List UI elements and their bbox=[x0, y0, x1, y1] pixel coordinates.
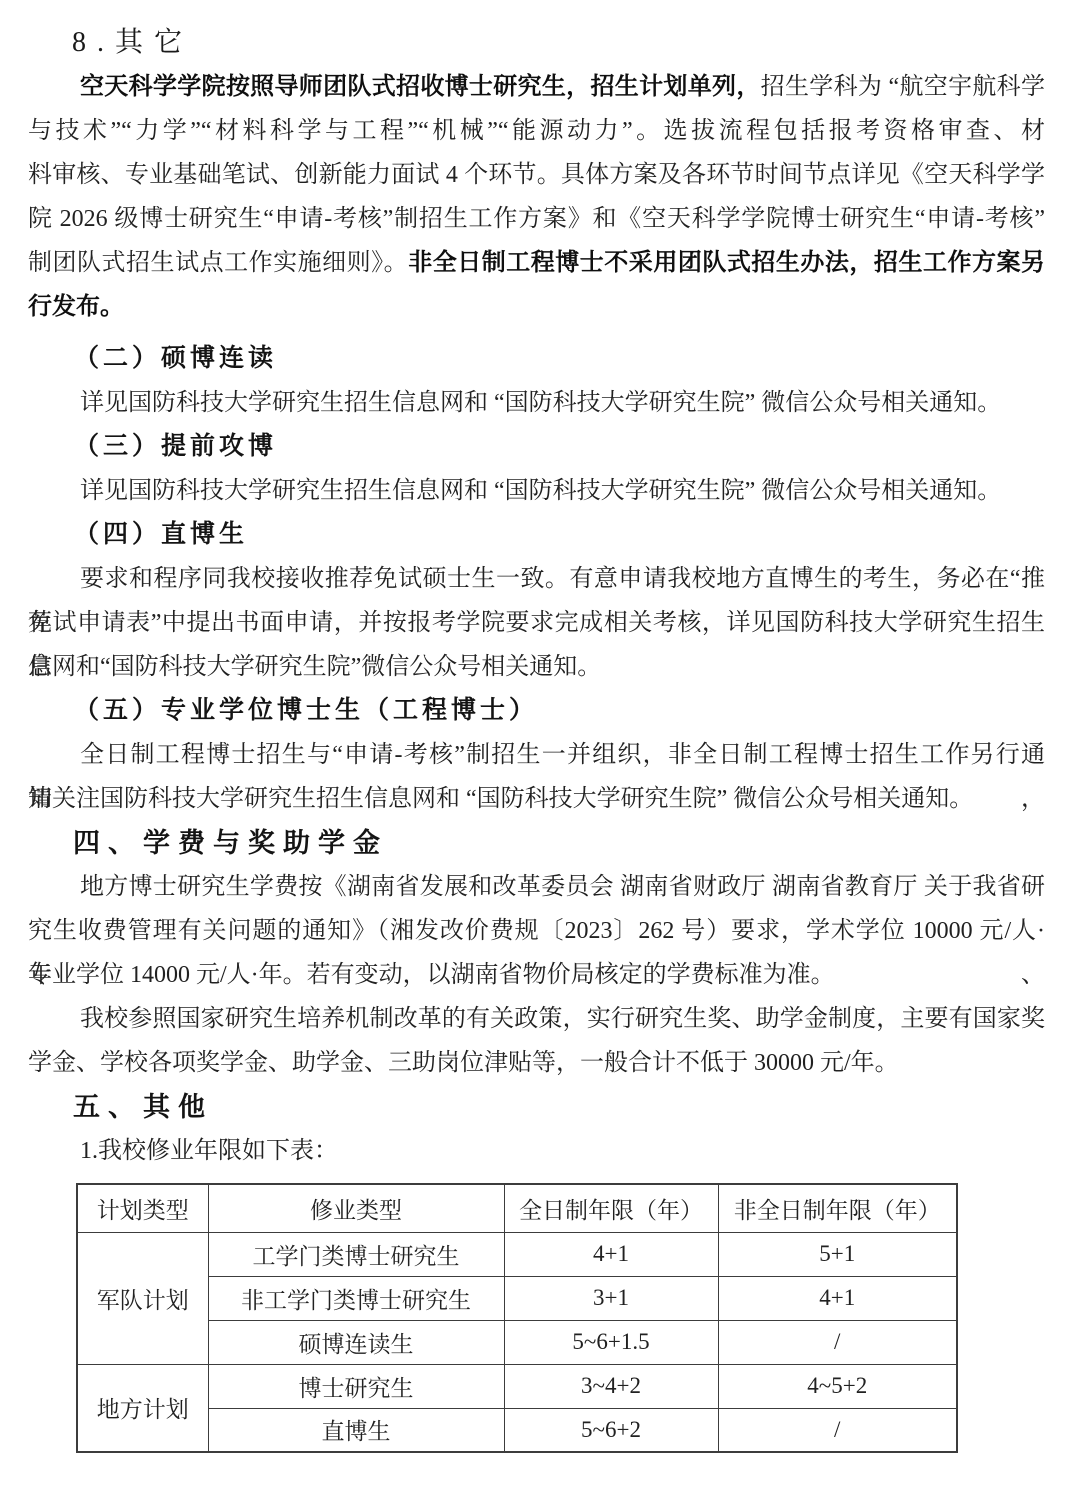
table-cell: 博士研究生 bbox=[208, 1364, 504, 1408]
table-cell: 非工学门类博士研究生 bbox=[208, 1276, 504, 1320]
para-direct-phd-line-2: 免试申请表”中提出书面申请，并按报考学院要求完成相关考核，详见国防科技大学研究生… bbox=[28, 601, 1045, 645]
text-segment-bold: 空天科学学院按照导师团队式招收博士研究生，招生计划单列， bbox=[80, 74, 761, 100]
table-row: 地方计划 博士研究生 3~4+2 4~5+2 bbox=[77, 1364, 957, 1408]
para-aerospace-line-2: 与技术”“力学”“材料科学与工程”“机械”“能源动力”。选拔流程包括报考资格审查… bbox=[28, 109, 1045, 153]
subheading-master-phd: （二）硕博连读 bbox=[28, 337, 1045, 381]
para-direct-phd-line-1: 要求和程序同我校接收推荐免试硕士生一致。有意申请我校地方直博生的考生，务必在“推… bbox=[28, 557, 1045, 601]
para-aerospace-line-4: 院 2026 级博士研究生“申请-考核”制招生工作方案》和《空天科学学院博士研究… bbox=[28, 197, 1045, 241]
heading-text: （二）硕博连读 bbox=[74, 345, 277, 372]
heading-text: 五、其他 bbox=[73, 1092, 213, 1122]
document-page: 8.其它 空天科学学院按照导师团队式招收博士研究生，招生计划单列，招生学科为 “… bbox=[0, 0, 1080, 1499]
para-direct-phd-line-3: 息网和“国防科技大学研究生院”微信公众号相关通知。 bbox=[28, 645, 1045, 689]
subheading-early-phd: （三）提前攻博 bbox=[28, 425, 1045, 469]
table-cell: 5~6+1.5 bbox=[504, 1320, 718, 1364]
para-engineering-phd-line-1: 全日制工程博士招生与“申请-考核”制招生一并组织，非全日制工程博士招生工作另行通… bbox=[28, 733, 1045, 777]
para-engineering-phd-line-2: 请关注国防科技大学研究生招生信息网和 “国防科技大学研究生院” 微信公众号相关通… bbox=[28, 777, 1045, 821]
heading-text: 四、学费与奖助学金 bbox=[73, 828, 388, 858]
plan-cell-local: 地方计划 bbox=[77, 1364, 208, 1452]
para-tuition-line-1: 地方博士研究生学费按《湖南省发展和改革委员会 湖南省财政厅 湖南省教育厅 关于我… bbox=[28, 865, 1045, 909]
para-table-intro: 1.我校修业年限如下表： bbox=[28, 1129, 1045, 1173]
para-scholarship-line-2: 学金、学校各项奖学金、助学金、三助岗位津贴等，一般合计不低于 30000 元/年… bbox=[28, 1041, 1045, 1085]
text-segment: 专业学位 14000 元/人·年。若有变动，以湖南省物价局核定的学费标准为准。 bbox=[28, 962, 835, 988]
table-cell: 4~5+2 bbox=[718, 1364, 957, 1408]
para-master-phd-notice: 详见国防科技大学研究生招生信息网和 “国防科技大学研究生院” 微信公众号相关通知… bbox=[28, 381, 1045, 425]
table-cell: 4+1 bbox=[504, 1232, 718, 1276]
para-early-phd-notice: 详见国防科技大学研究生招生信息网和 “国防科技大学研究生院” 微信公众号相关通知… bbox=[28, 469, 1045, 513]
study-duration-table-wrap: 计划类型 修业类型 全日制年限（年） 非全日制年限（年） 军队计划 工学门类博士… bbox=[76, 1183, 1045, 1453]
document-content: 8.其它 空天科学学院按照导师团队式招收博士研究生，招生计划单列，招生学科为 “… bbox=[0, 0, 1080, 1453]
text-segment: 我校参照国家研究生培养机制改革的有关政策，实行研究生奖、助学金制度，主要有国家奖 bbox=[80, 1006, 1045, 1032]
text-segment: 请关注国防科技大学研究生招生信息网和 “国防科技大学研究生院” 微信公众号相关通… bbox=[28, 786, 973, 812]
header-fulltime-years: 全日制年限（年） bbox=[504, 1184, 718, 1232]
para-scholarship-line-1: 我校参照国家研究生培养机制改革的有关政策，实行研究生奖、助学金制度，主要有国家奖 bbox=[28, 997, 1045, 1041]
table-cell: 直博生 bbox=[208, 1408, 504, 1452]
table-cell: 5+1 bbox=[718, 1232, 957, 1276]
heading-8-other: 8.其它 bbox=[28, 21, 1045, 65]
text-segment: 学金、学校各项奖学金、助学金、三助岗位津贴等，一般合计不低于 30000 元/年… bbox=[28, 1050, 899, 1076]
table-row: 军队计划 工学门类博士研究生 4+1 5+1 bbox=[77, 1232, 957, 1276]
para-aerospace-line-1: 空天科学学院按照导师团队式招收博士研究生，招生计划单列，招生学科为 “航空宇航科… bbox=[28, 65, 1045, 109]
text-segment: 详见国防科技大学研究生招生信息网和 “国防科技大学研究生院” 微信公众号相关通知… bbox=[80, 478, 1001, 504]
header-study-type: 修业类型 bbox=[208, 1184, 504, 1232]
text-segment-bold: 非全日制工程博士不采用团队式招生办法，招生工作方案另 bbox=[408, 250, 1045, 276]
table-cell: / bbox=[718, 1408, 957, 1452]
para-aerospace-line-5: 制团队式招生试点工作实施细则》。非全日制工程博士不采用团队式招生办法，招生工作方… bbox=[28, 241, 1045, 285]
text-segment: 息网和“国防科技大学研究生院”微信公众号相关通知。 bbox=[28, 654, 601, 680]
text-segment: 地方博士研究生学费按《湖南省发展和改革委员会 湖南省财政厅 湖南省教育厅 关于我… bbox=[80, 874, 1045, 900]
text-segment: 与技术”“力学”“材料科学与工程”“机械”“能源动力”。选拔流程包括报考资格审查… bbox=[28, 118, 1045, 144]
table-row: 直博生 5~6+2 / bbox=[77, 1408, 957, 1452]
plan-cell-military: 军队计划 bbox=[77, 1232, 208, 1364]
text-segment: 1.我校修业年限如下表： bbox=[80, 1138, 338, 1164]
heading-text: 8.其它 bbox=[72, 27, 193, 58]
text-segment: 院 2026 级博士研究生“申请-考核”制招生工作方案》和《空天科学学院博士研究… bbox=[28, 206, 1045, 232]
table-row: 非工学门类博士研究生 3+1 4+1 bbox=[77, 1276, 957, 1320]
table-cell: / bbox=[718, 1320, 957, 1364]
subheading-professional-degree: （五）专业学位博士生（工程博士） bbox=[28, 689, 1045, 733]
text-segment: 料审核、专业基础笔试、创新能力面试 4 个环节。具体方案及各环节时间节点详见《空… bbox=[28, 162, 1045, 188]
section-heading-other: 五、其他 bbox=[28, 1085, 1045, 1129]
section-heading-tuition: 四、学费与奖助学金 bbox=[28, 821, 1045, 865]
heading-text: （四）直博生 bbox=[74, 521, 248, 548]
study-duration-table: 计划类型 修业类型 全日制年限（年） 非全日制年限（年） 军队计划 工学门类博士… bbox=[76, 1183, 958, 1453]
table-header-row: 计划类型 修业类型 全日制年限（年） 非全日制年限（年） bbox=[77, 1184, 957, 1232]
header-plan-type: 计划类型 bbox=[77, 1184, 208, 1232]
text-segment: 制团队式招生试点工作实施细则》。 bbox=[28, 250, 408, 276]
heading-text: （五）专业学位博士生（工程博士） bbox=[74, 697, 538, 724]
para-aerospace-line-3: 料审核、专业基础笔试、创新能力面试 4 个环节。具体方案及各环节时间节点详见《空… bbox=[28, 153, 1045, 197]
heading-text: （三）提前攻博 bbox=[74, 433, 277, 460]
table-cell: 工学门类博士研究生 bbox=[208, 1232, 504, 1276]
table-row: 硕博连读生 5~6+1.5 / bbox=[77, 1320, 957, 1364]
para-tuition-line-2: 究生收费管理有关问题的通知》（湘发改价费规〔2023〕262 号）要求，学术学位… bbox=[28, 909, 1045, 953]
table-cell: 4+1 bbox=[718, 1276, 957, 1320]
text-segment-bold: 行发布。 bbox=[28, 294, 124, 320]
table-cell: 5~6+2 bbox=[504, 1408, 718, 1452]
table-cell: 3+1 bbox=[504, 1276, 718, 1320]
para-aerospace-line-6: 行发布。 bbox=[28, 285, 1045, 329]
header-parttime-years: 非全日制年限（年） bbox=[718, 1184, 957, 1232]
table-cell: 3~4+2 bbox=[504, 1364, 718, 1408]
subheading-direct-phd: （四）直博生 bbox=[28, 513, 1045, 557]
table-cell: 硕博连读生 bbox=[208, 1320, 504, 1364]
text-segment: 详见国防科技大学研究生招生信息网和 “国防科技大学研究生院” 微信公众号相关通知… bbox=[80, 390, 1001, 416]
text-segment: 招生学科为 “航空宇航科学 bbox=[761, 74, 1045, 100]
